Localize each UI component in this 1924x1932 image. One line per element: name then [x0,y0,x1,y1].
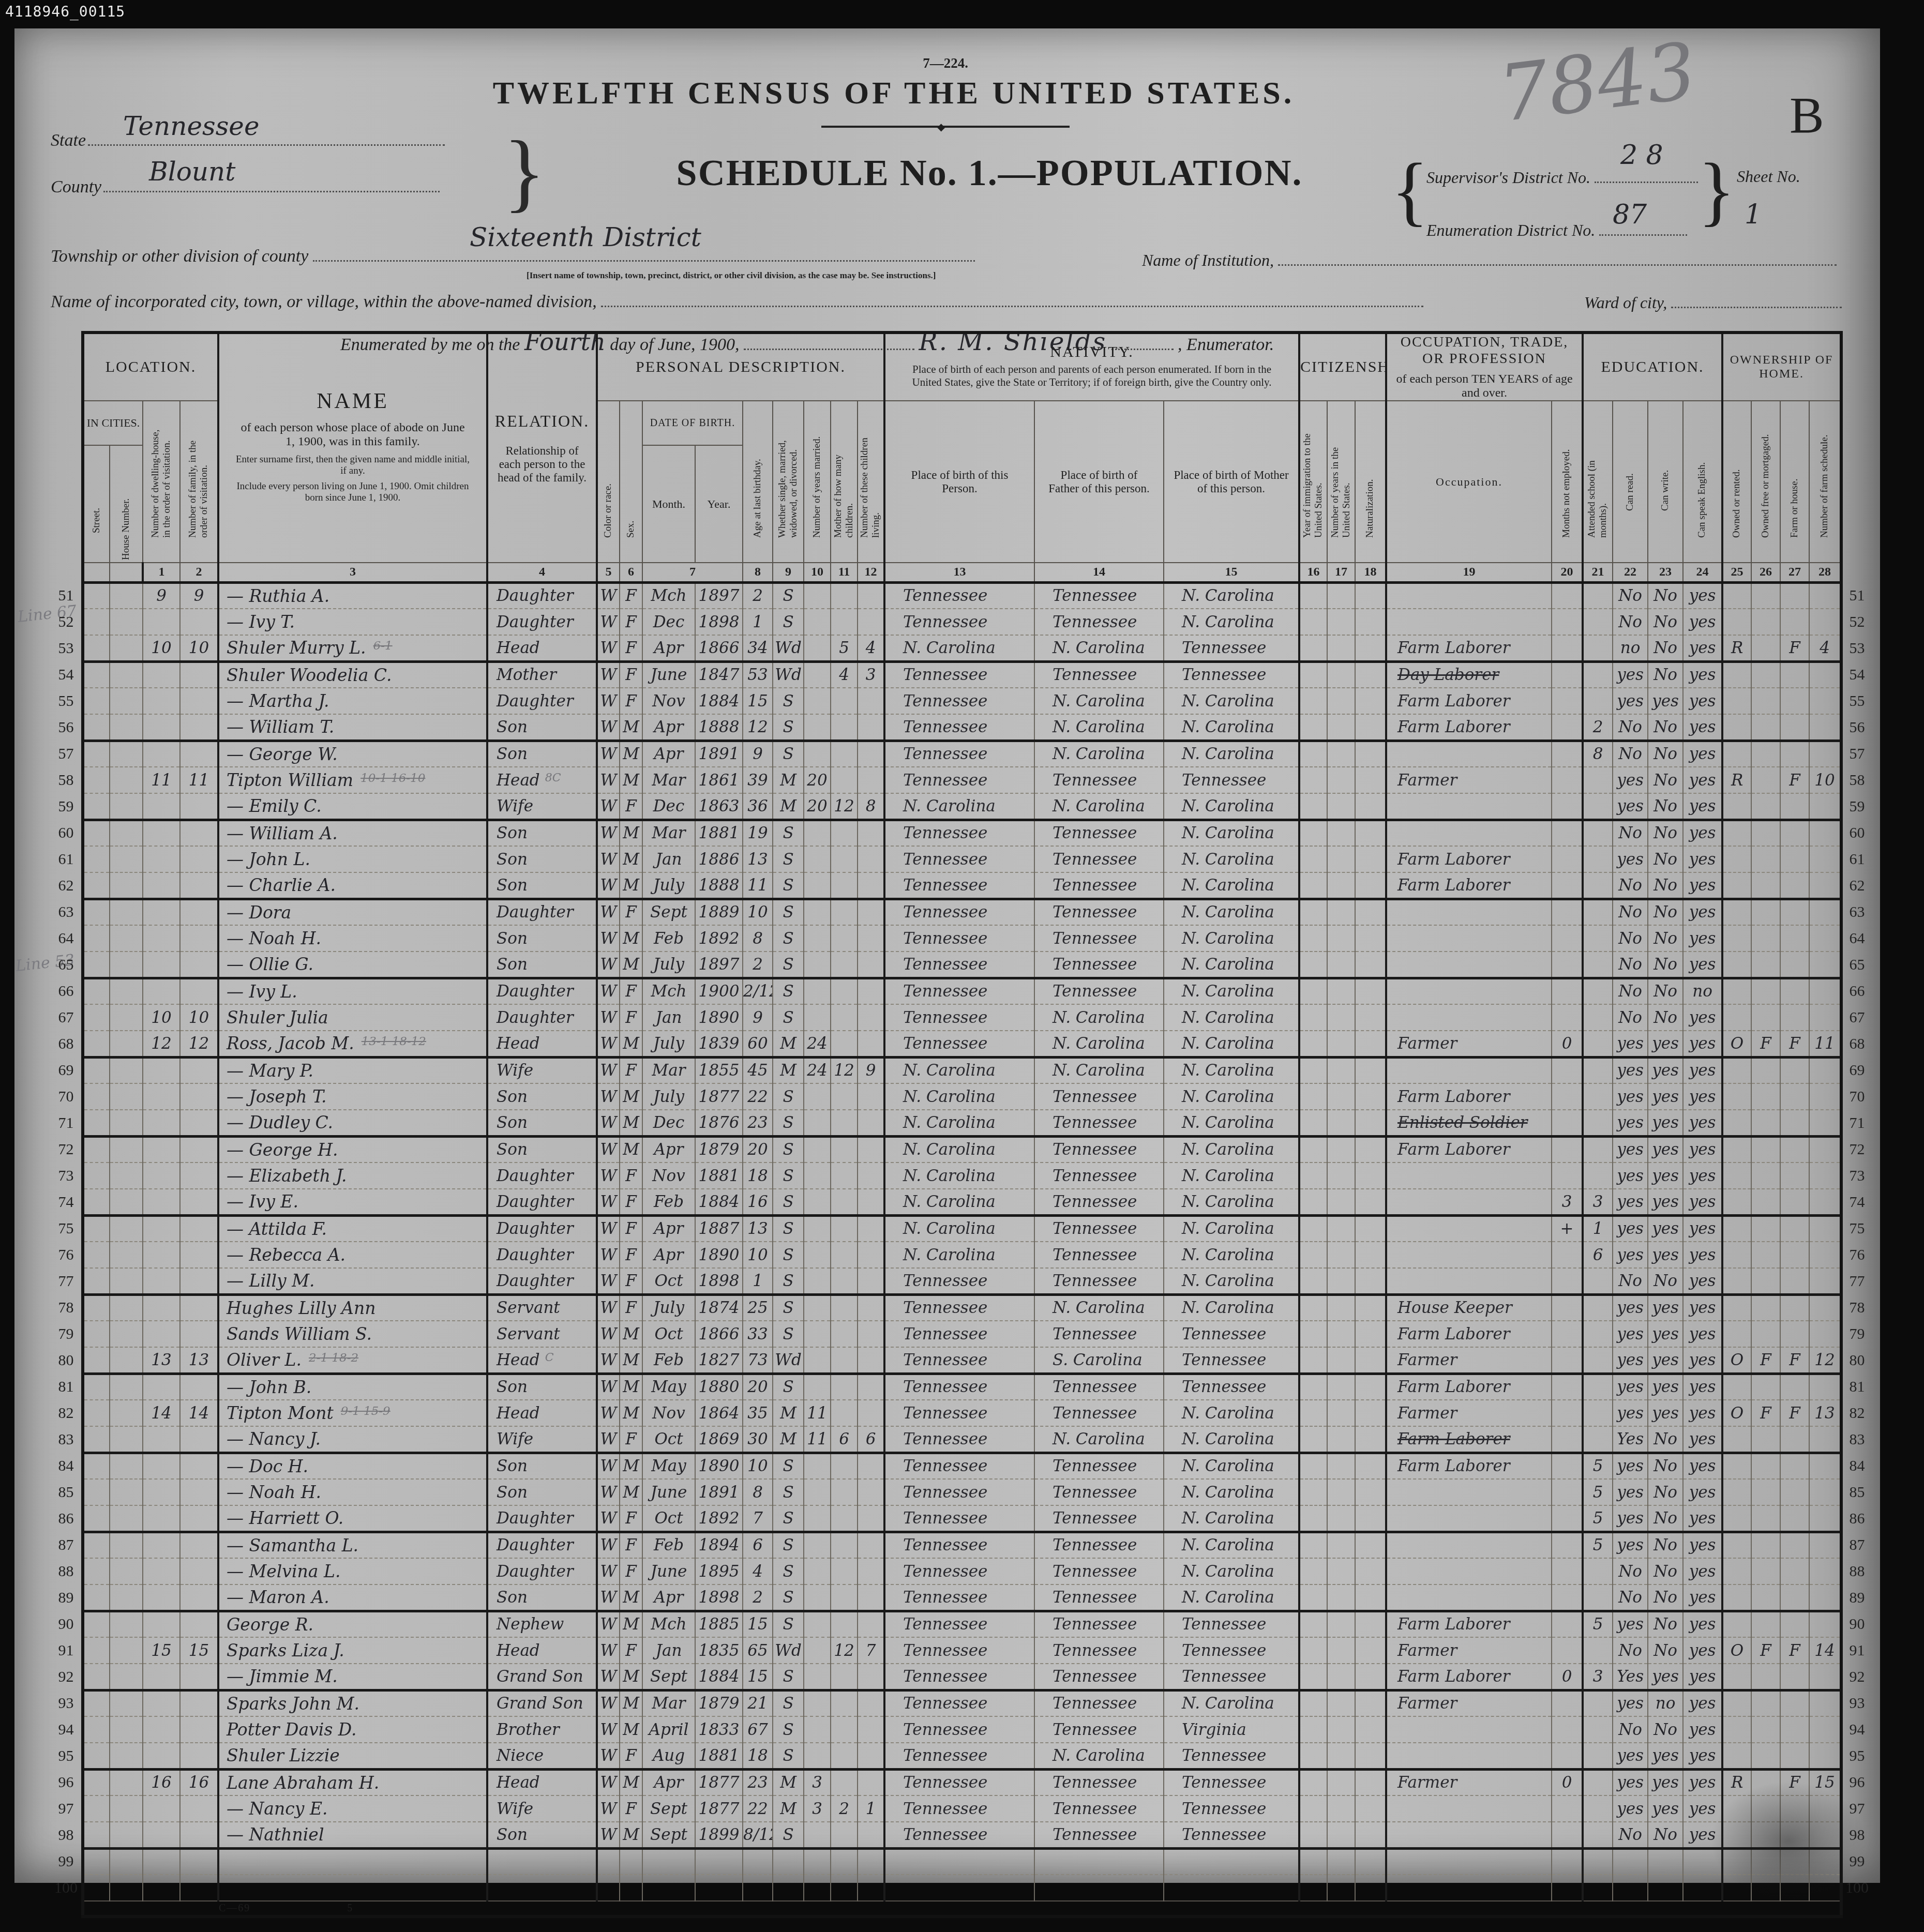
cell-cr: W [597,767,620,793]
cell-st [83,1743,110,1769]
cell-o28 [1809,1505,1841,1532]
cell-cr: W [597,1294,620,1321]
line-number-right: 83 [1841,1426,1871,1453]
column-number-6: 6 [620,563,642,582]
cell-dw [143,1505,180,1532]
cell-oc [1386,1822,1552,1848]
cell-oc: Farm Laborer [1386,846,1552,872]
cell-ym [804,688,831,714]
cell-c17 [1327,1189,1355,1215]
cell-oc [1386,899,1552,925]
line-number-right: 64 [1841,925,1871,952]
cell-sc [1583,925,1613,952]
cell-c17 [1327,1215,1355,1242]
cell-hn [110,1347,143,1373]
cell-o25 [1722,1242,1751,1268]
cell-sc [1583,978,1613,1004]
cell-ag: 8 [743,1479,773,1505]
cell-cr: W [597,1321,620,1347]
cell-c16 [1299,1611,1327,1637]
cell-c17 [1327,793,1355,820]
cell-st [83,741,110,767]
cell-yr: 1877 [695,1769,743,1795]
cell-rel: Wife [487,1057,597,1083]
cell-nm: Shuler Julia [218,1004,487,1031]
cell-ag: 2 [743,1584,773,1611]
cell-oc [1386,1716,1552,1743]
line-number-right: 90 [1841,1611,1871,1637]
cell-pf: Tennessee [1034,1690,1164,1716]
column-number-23: 23 [1648,563,1683,582]
cell-fm [180,1690,218,1716]
cell-sc [1583,1268,1613,1294]
cell-wr: yes [1648,1400,1683,1426]
cell-o27 [1780,1321,1809,1347]
line-number-left: 83 [51,1426,83,1453]
cell-mn [1552,1242,1583,1268]
cell-ms: S [773,1716,804,1743]
cell-ms: S [773,1242,804,1268]
cell-rd: No [1613,609,1648,635]
cell-ag: 20 [743,1373,773,1400]
cell-rel: Son [487,952,597,978]
col-header-color-race: Color or race. [597,401,620,563]
cell-yr: 1855 [695,1057,743,1083]
table-row: 531010Shuler Murry L.6-1HeadWFApr186634W… [51,635,1871,661]
cell-ag: 35 [743,1400,773,1426]
cell-cr: W [597,1637,620,1664]
line-number-right: 57 [1841,741,1871,767]
cell-mo: Jan [642,1004,695,1031]
cell-o25 [1722,793,1751,820]
cell-dw [143,1875,180,1901]
cell-rd: yes [1613,1400,1648,1426]
cell-o27 [1780,1242,1809,1268]
cell-ag: 39 [743,767,773,793]
line-number-left: 81 [51,1373,83,1400]
cell-o25 [1722,1110,1751,1136]
cell-st [83,1664,110,1690]
cell-en: yes [1683,1558,1722,1584]
cell-hn [110,635,143,661]
cell-st [83,1136,110,1163]
cell-hn [110,1031,143,1057]
column-number-20: 20 [1552,563,1583,582]
cell-nm: — Ollie G. [218,952,487,978]
cell-o27 [1780,741,1809,767]
cell-mc [831,767,858,793]
cell-fm [180,1795,218,1822]
table-row: 61— John L.SonWMJan188613STennesseeTenne… [51,846,1871,872]
cell-sc [1583,1373,1613,1400]
cell-mn [1552,872,1583,899]
cell-pf: Tennessee [1034,1584,1164,1611]
cell-oc [1386,1584,1552,1611]
cell-pf: N. Carolina [1034,1031,1164,1057]
line-number-left: 55 [51,688,83,714]
cell-pb: N. Carolina [884,1110,1034,1136]
cell-hn [110,1242,143,1268]
cell-mn [1552,609,1583,635]
cell-cr: W [597,1716,620,1743]
cell-nm: Shuler Murry L.6-1 [218,635,487,661]
cell-rel: Daughter [487,582,597,609]
cell-hn [110,1848,143,1875]
cell-o26 [1751,635,1780,661]
col-header-farm-house: Farm or house. [1780,401,1809,563]
cell-mo: Jan [642,1637,695,1664]
cell-ym [804,925,831,952]
line-number-left: 54 [51,661,83,688]
cell-o26 [1751,741,1780,767]
cell-hn [110,1136,143,1163]
cell-rd: yes [1613,661,1648,688]
cell-en: yes [1683,846,1722,872]
cell-mo: Apr [642,1215,695,1242]
cell-rd: yes [1613,1031,1648,1057]
cell-rd: No [1613,872,1648,899]
cell-pf: Tennessee [1034,1637,1164,1664]
cell-wr: No [1648,1611,1683,1637]
cell-mc [831,1875,858,1901]
cell-pf: Tennessee [1034,1083,1164,1110]
cell-fm [180,1558,218,1584]
cell-hn [110,1479,143,1505]
cell-mn [1552,1163,1583,1189]
table-row: 54Shuler Woodelia C.MotherWFJune184753Wd… [51,661,1871,688]
cell-oc [1386,793,1552,820]
cell-c18 [1355,1479,1386,1505]
cell-wr: yes [1648,1189,1683,1215]
table-row: 70— Joseph T.SonWMJuly187722SN. Carolina… [51,1083,1871,1110]
cell-pf: Tennessee [1034,1268,1164,1294]
cell-en: yes [1683,952,1722,978]
cell-sc: 6 [1583,1242,1613,1268]
cell-mc [831,872,858,899]
cell-en: yes [1683,741,1722,767]
cell-cr [597,1848,620,1875]
cell-rel: Son [487,846,597,872]
line-number-right: 59 [1841,793,1871,820]
cell-rel: Son [487,741,597,767]
line-number-right: 54 [1841,661,1871,688]
cell-o28 [1809,1136,1841,1163]
cell-fm [180,1057,218,1083]
cell-fm [180,714,218,741]
table-row: 72— George H.SonWMApr187920SN. CarolinaT… [51,1136,1871,1163]
cell-mo: June [642,661,695,688]
cell-cl [858,741,884,767]
cell-c18 [1355,1453,1386,1479]
line-number-right: 92 [1841,1664,1871,1690]
col-header-relation: RELATION. Relationship of each person to… [487,333,597,563]
cell-mo: Dec [642,1110,695,1136]
cell-en: yes [1683,1057,1722,1083]
line-number-right: 58 [1841,767,1871,793]
cell-o27 [1780,1611,1809,1637]
cell-c16 [1299,1031,1327,1057]
cell-ym [804,1321,831,1347]
cell-c18 [1355,1189,1386,1215]
column-number-blank [83,563,110,582]
cell-o28 [1809,1110,1841,1136]
cell-fm [180,978,218,1004]
cell-cl [858,925,884,952]
cell-pb: Tennessee [884,1453,1034,1479]
pencil-stamp-number: 7843 [1494,26,1701,139]
column-number-19: 19 [1386,563,1552,582]
cell-dw [143,952,180,978]
cell-ym: 3 [804,1795,831,1822]
cell-yr: 1884 [695,688,743,714]
cell-c18 [1355,741,1386,767]
line-number-right: 75 [1841,1215,1871,1242]
cell-pm: N. Carolina [1164,1584,1299,1611]
cell-sc [1583,952,1613,978]
cell-sc [1583,872,1613,899]
cell-mo [642,1848,695,1875]
cell-nm: — Harriett O. [218,1505,487,1532]
cell-sx: M [620,1664,642,1690]
cell-en: yes [1683,1004,1722,1031]
cell-o28 [1809,1532,1841,1558]
cell-c18 [1355,1584,1386,1611]
cell-yr: 1888 [695,872,743,899]
cell-o26 [1751,793,1780,820]
cell-ms: S [773,1479,804,1505]
cell-o28 [1809,1189,1841,1215]
cell-rd: yes [1613,1136,1648,1163]
cell-ym: 20 [804,793,831,820]
cell-wr: yes [1648,1294,1683,1321]
cell-cr: W [597,925,620,952]
cell-o25 [1722,1373,1751,1400]
cell-hn [110,1769,143,1795]
cell-sx: M [620,1347,642,1373]
line-number-right: 56 [1841,714,1871,741]
cell-o25: R [1722,635,1751,661]
cell-o25 [1722,872,1751,899]
cell-pm: Tennessee [1164,1822,1299,1848]
cell-mn [1552,1716,1583,1743]
cell-pb: Tennessee [884,899,1034,925]
city-underline [601,291,1423,307]
cell-sc: 5 [1583,1505,1613,1532]
table-row: 98— NathnielSonWMSept18998/12STennesseeT… [51,1822,1871,1848]
cell-cr: W [597,1373,620,1400]
cell-o28 [1809,1743,1841,1769]
cell-rd: No [1613,1716,1648,1743]
cell-ag: 13 [743,846,773,872]
table-row: 66— Ivy L.DaughterWFMch19002/12STennesse… [51,978,1871,1004]
cell-pf: Tennessee [1034,1453,1164,1479]
cell-cr [597,1875,620,1901]
cell-en: yes [1683,1716,1722,1743]
cell-pb: Tennessee [884,1479,1034,1505]
cell-yr: 1835 [695,1637,743,1664]
cell-oc [1386,1479,1552,1505]
line-number-right: 89 [1841,1584,1871,1611]
cell-dw [143,1242,180,1268]
cell-c17 [1327,1004,1355,1031]
cell-mo: May [642,1373,695,1400]
cell-st [83,846,110,872]
cell-wr: No [1648,952,1683,978]
cell-pf: Tennessee [1034,978,1164,1004]
cell-pb: Tennessee [884,661,1034,688]
col-header-sex: Sex. [620,401,642,563]
cell-rel: Head [487,1400,597,1426]
line-number-left: 56 [51,714,83,741]
cell-yr: 1877 [695,1083,743,1110]
cell-mc [831,714,858,741]
cell-pb: Tennessee [884,1716,1034,1743]
cell-o28: 4 [1809,635,1841,661]
cell-sc [1583,1163,1613,1189]
cell-mc [831,1690,858,1716]
cell-nm: Oliver L.2-1 18-2 [218,1347,487,1373]
cell-o25 [1722,741,1751,767]
cell-mc [831,1347,858,1373]
cell-rel: Niece [487,1743,597,1769]
cell-dw: 12 [143,1031,180,1057]
right-line-number-gutter [1841,333,1871,582]
cell-fm [180,1584,218,1611]
cell-ag [743,1875,773,1901]
column-number-13: 13 [884,563,1034,582]
cell-pb: N. Carolina [884,1083,1034,1110]
cell-mo: Sept [642,899,695,925]
cell-dw [143,793,180,820]
cell-ag: 9 [743,741,773,767]
cell-mc [831,1136,858,1163]
cell-yr: 1861 [695,767,743,793]
cell-oc [1386,1743,1552,1769]
cell-o25 [1722,1268,1751,1294]
cell-oc [1386,1848,1552,1875]
cell-sx: M [620,1136,642,1163]
cell-cl [858,609,884,635]
cell-o26 [1751,925,1780,952]
cell-c18 [1355,1215,1386,1242]
cell-wr: yes [1648,1215,1683,1242]
cell-hn [110,1163,143,1189]
cell-ag: 9 [743,1004,773,1031]
enumeration-district-value: 87 [1613,199,1647,230]
cell-mn [1552,820,1583,846]
cell-o28 [1809,899,1841,925]
table-row: 65— Ollie G.SonWMJuly18972STennesseeTenn… [51,952,1871,978]
cell-ag: 10 [743,899,773,925]
cell-mc: 4 [831,661,858,688]
cell-pf: N. Carolina [1034,688,1164,714]
cell-o26 [1751,1664,1780,1690]
cell-mc: 2 [831,1795,858,1822]
col-header-personal: PERSONAL DESCRIPTION. [597,333,884,401]
cell-wr: yes [1648,1347,1683,1373]
cell-rd: No [1613,1004,1648,1031]
line-number-right: 62 [1841,872,1871,899]
line-number-right: 72 [1841,1136,1871,1163]
column-number-16: 16 [1299,563,1327,582]
cell-sx: M [620,820,642,846]
cell-pb: Tennessee [884,1664,1034,1690]
cell-ms: S [773,688,804,714]
table-row: 581111Tipton William10-1 16-10Head8CWMMa… [51,767,1871,793]
cell-st [83,1004,110,1031]
cell-o27: F [1780,767,1809,793]
cell-nm: — Rebecca A. [218,1242,487,1268]
cell-mn: 0 [1552,1031,1583,1057]
cell-pm: Tennessee [1164,635,1299,661]
line-number-right: 81 [1841,1373,1871,1400]
cell-oc: Farm Laborer [1386,1664,1552,1690]
cell-o26 [1751,1163,1780,1189]
cell-ag [743,1848,773,1875]
cell-hn [110,1611,143,1637]
cell-rd: yes [1613,846,1648,872]
cell-cr: W [597,1690,620,1716]
cell-o28 [1809,1294,1841,1321]
cell-sc [1583,767,1613,793]
cell-pf: N. Carolina [1034,635,1164,661]
cell-sc [1583,688,1613,714]
cell-cl [858,1189,884,1215]
cell-oc [1386,820,1552,846]
cell-rel: Grand Son [487,1664,597,1690]
cell-sx: F [620,1163,642,1189]
cell-ms: S [773,1373,804,1400]
cell-pm: Tennessee [1164,1637,1299,1664]
cell-o28 [1809,793,1841,820]
cell-pf: Tennessee [1034,1664,1164,1690]
cell-st [83,872,110,899]
cell-rel: Daughter [487,899,597,925]
cell-mo: Sept [642,1822,695,1848]
cell-cl [858,1479,884,1505]
cell-sx: M [620,1690,642,1716]
cell-rd: No [1613,899,1648,925]
cell-ag: 18 [743,1743,773,1769]
cell-pf: Tennessee [1034,1611,1164,1637]
cell-c18 [1355,1532,1386,1558]
cell-dw: 11 [143,767,180,793]
cell-cl: 7 [858,1637,884,1664]
cell-pf: N. Carolina [1034,1004,1164,1031]
cell-sx: F [620,1743,642,1769]
cell-ym [804,978,831,1004]
cell-hn [110,1743,143,1769]
cell-hn [110,952,143,978]
cell-sx: M [620,1822,642,1848]
cell-wr: No [1648,1558,1683,1584]
line-number-left: 68 [51,1031,83,1057]
cell-ym [804,1215,831,1242]
cell-dw [143,688,180,714]
cell-en: yes [1683,1505,1722,1532]
column-number-28: 28 [1809,563,1841,582]
cell-cr: W [597,1268,620,1294]
column-number-17: 17 [1327,563,1355,582]
cell-rel: Son [487,872,597,899]
cell-mo: Nov [642,688,695,714]
cell-o27: F [1780,635,1809,661]
cell-sx: M [620,846,642,872]
cell-o25 [1722,1163,1751,1189]
cell-o27 [1780,1532,1809,1558]
cell-cr: W [597,661,620,688]
col-header-nativity: NATIVITY. Place of birth of each person … [884,333,1299,401]
